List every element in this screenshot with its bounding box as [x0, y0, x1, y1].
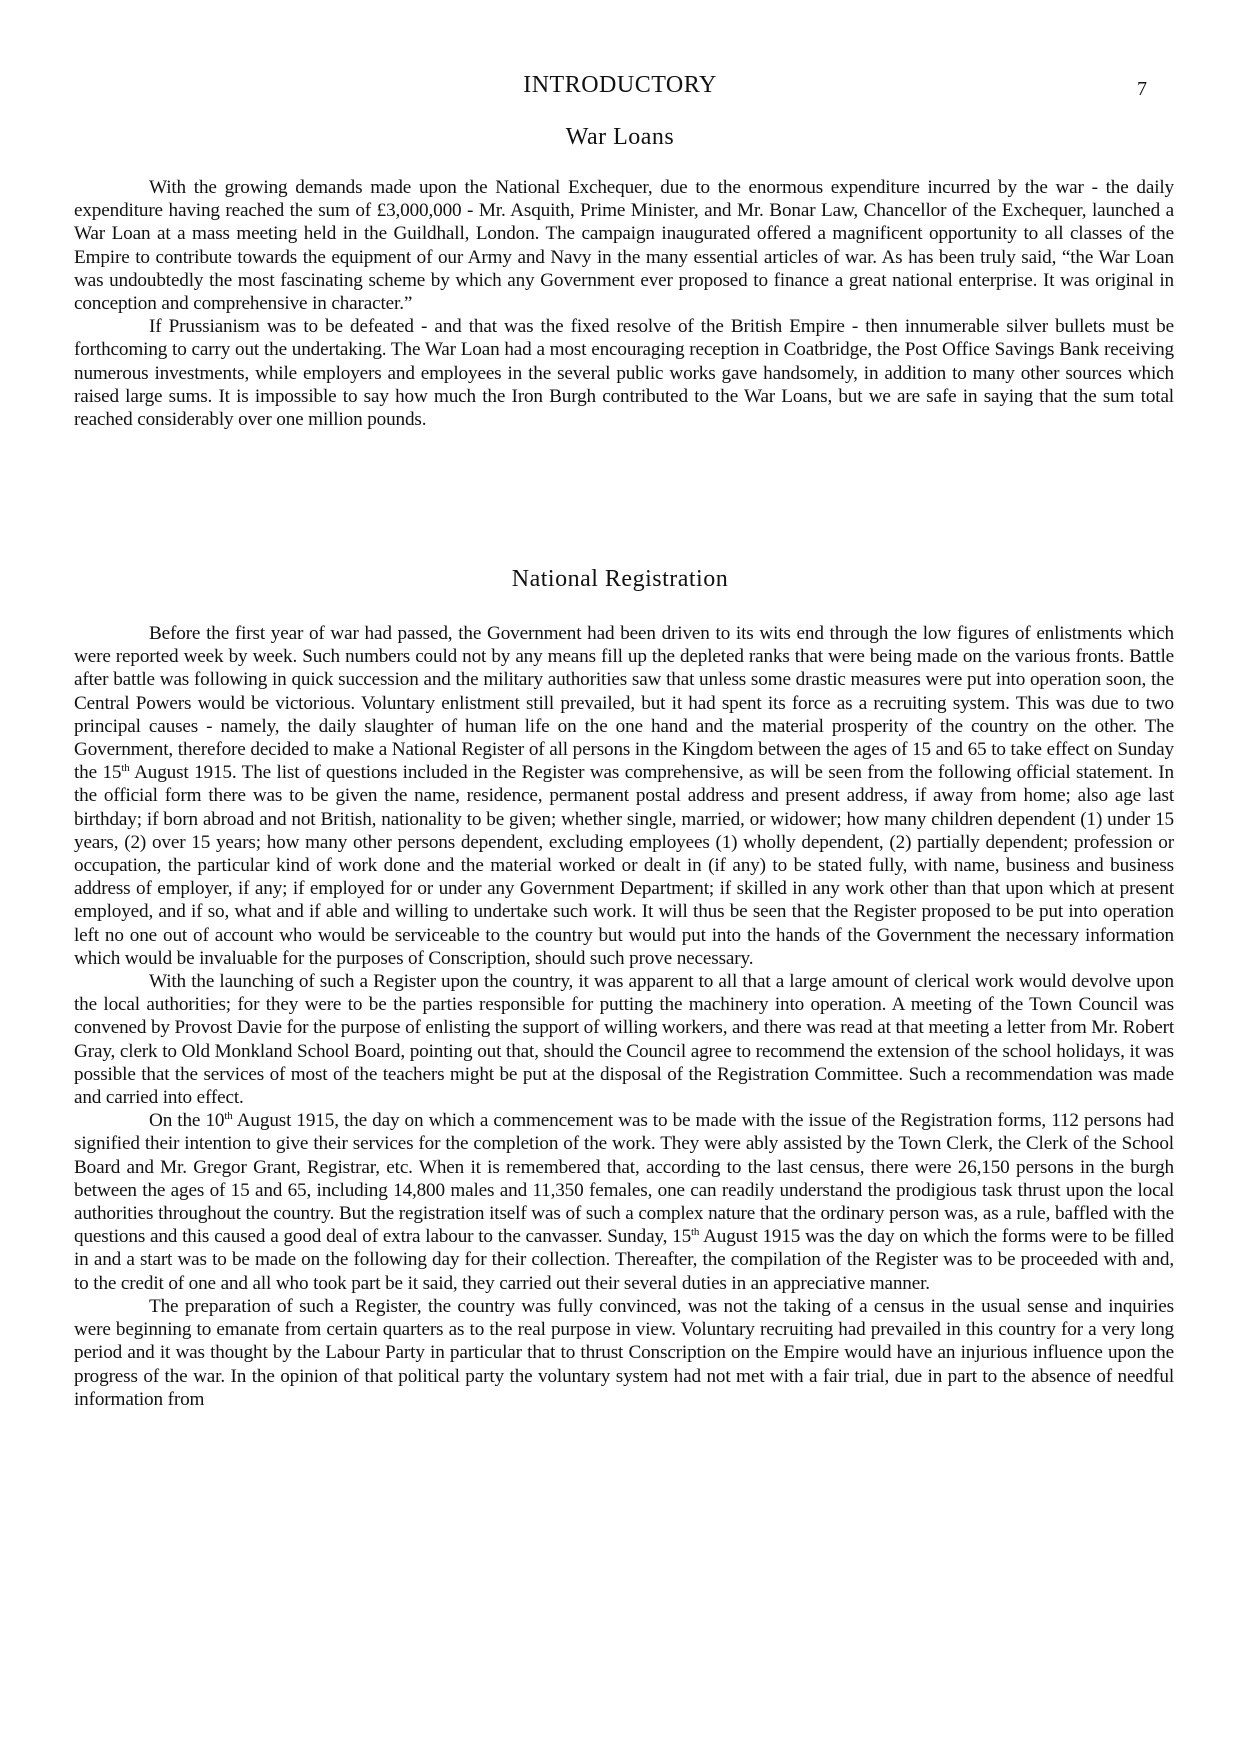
section-national-registration-body: Before the first year of war had passed,…: [74, 622, 1174, 1411]
section-title-national-registration: National Registration: [0, 566, 1240, 593]
paragraph: With the launching of such a Register up…: [74, 970, 1174, 1109]
paragraph: If Prussianism was to be defeated - and …: [74, 315, 1174, 431]
running-head: INTRODUCTORY: [0, 72, 1240, 99]
page-number: 7: [1137, 78, 1147, 101]
paragraph: Before the first year of war had passed,…: [74, 622, 1174, 970]
paragraph: With the growing demands made upon the N…: [74, 176, 1174, 315]
paragraph: The preparation of such a Register, the …: [74, 1295, 1174, 1411]
section-title-war-loans: War Loans: [0, 124, 1240, 151]
paragraph: On the 10th August 1915, the day on whic…: [74, 1109, 1174, 1295]
section-war-loans-body: With the growing demands made upon the N…: [74, 176, 1174, 431]
